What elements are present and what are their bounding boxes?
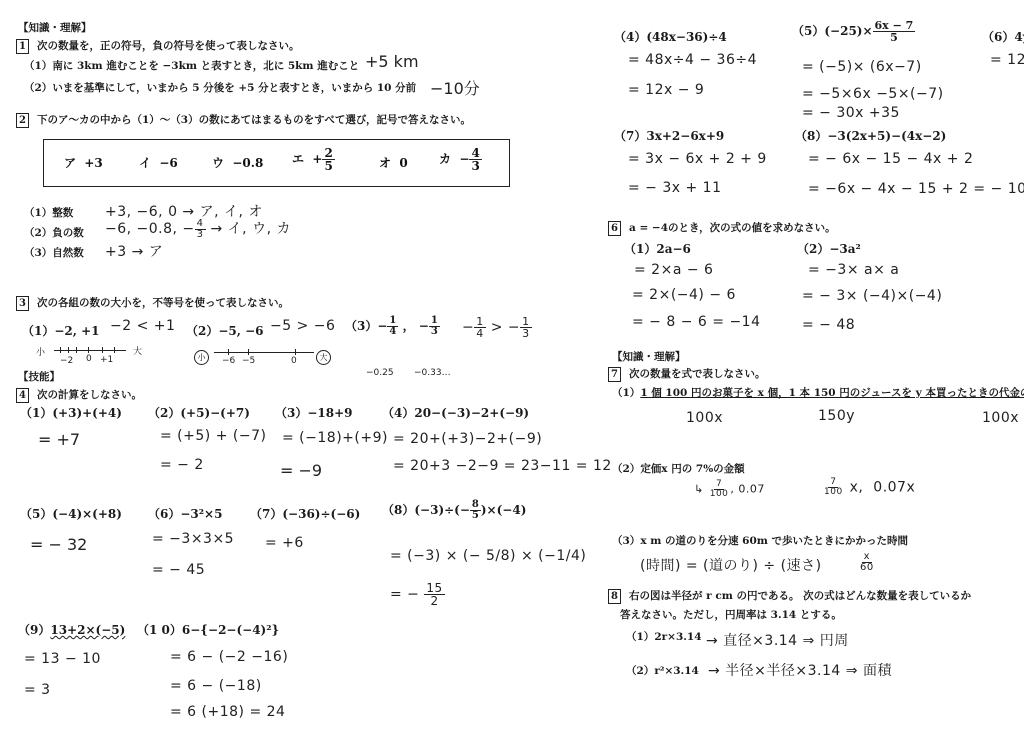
number-line-1 xyxy=(54,350,126,351)
question-number-box: 8 xyxy=(608,589,621,604)
step: = −3× a× a xyxy=(808,262,899,278)
question-2-2-label: （2）負の数 xyxy=(24,225,84,240)
step: = (−5)× (6x−7) xyxy=(802,59,922,75)
step: = − 32 xyxy=(30,535,87,554)
question-2-1-label: （1）整数 xyxy=(24,205,73,220)
decimal-a: −0.25 xyxy=(366,368,394,378)
number-line-small-label: 小 xyxy=(36,345,45,358)
question-7-prompt: 7次の数量を式で表しなさい。 xyxy=(608,366,766,382)
formula: (時間) = (道のり) ÷ (速さ) xyxy=(640,555,822,575)
step: = − 6x − 15 − 4x + 2 xyxy=(808,151,973,167)
step: = 48x÷4 − 36÷4 xyxy=(628,52,757,68)
step: = 3 xyxy=(24,682,51,698)
tick-label: 0 xyxy=(86,354,92,364)
question-4-3: （3）−18+9 xyxy=(275,404,353,421)
question-4-6: （6）−3²×5 xyxy=(148,505,222,522)
question-1-prompt: 1次の数量を，正の符号，負の符号を使って表しなさい。 xyxy=(16,38,300,54)
choice-a: ア +3 xyxy=(64,154,103,171)
question-3-3: （3）−14 ， −13 xyxy=(345,316,440,337)
step: = 2×a − 6 xyxy=(634,262,713,278)
step: = +6 xyxy=(265,535,304,551)
answer-1-2: −10分 xyxy=(430,76,480,99)
choice-e: エ +25 xyxy=(292,147,335,172)
question-1-2: （2）いまを基準にして，いまから 5 分後を +5 分と表すとき，いまから 10… xyxy=(24,80,416,95)
question-number-box: 2 xyxy=(16,113,29,128)
answer-3-2: −5 > −6 xyxy=(270,318,335,334)
question-number-box: 4 xyxy=(16,388,29,403)
step: = 6 − (−2 −16) xyxy=(170,649,288,665)
question-7-2: （2）定価x 円の 7%の金額 xyxy=(612,461,745,476)
step: = −5×6x −5×(−7) xyxy=(802,86,944,102)
prompt-text: a = −4のとき，次の式の値を求めなさい。 xyxy=(629,222,836,234)
prompt-text: 次の数量を，正の符号，負の符号を使って表しなさい。 xyxy=(37,40,300,52)
question-8-prompt-line2: 答えなさい。ただし，円周率は 3.14 とする。 xyxy=(620,607,842,622)
answer-3-3: −14 > −13 xyxy=(462,316,532,339)
step: = 3x − 6x + 2 + 9 xyxy=(628,151,767,167)
question-4-4: （4）20−(−3)−2+(−9) xyxy=(382,404,529,421)
question-7-3: （3）x m の道のりを分速 60m で歩いたときにかかった時間 xyxy=(612,533,908,548)
question-number-box: 6 xyxy=(608,221,621,236)
choices-box: ア +3 イ −6 ウ −0.8 エ +25 オ 0 カ −43 xyxy=(43,139,510,187)
number-line-large-label: 大 xyxy=(133,344,142,357)
section-heading-knowledge: 【知識・理解】 xyxy=(18,20,92,35)
choice-o: オ 0 xyxy=(379,154,408,171)
question-number-box: 1 xyxy=(16,39,29,54)
answer-7-2: 7100 x, 0.07x xyxy=(822,478,915,497)
step: = (+5) + (−7) xyxy=(160,428,266,444)
question-4-2: （2）(+5)−(+7) xyxy=(148,404,250,421)
question-5-5: （5）(−25)×6x − 75 xyxy=(792,20,915,43)
choice-u: ウ −0.8 xyxy=(212,154,263,171)
tick-label: −6 xyxy=(222,356,235,366)
note: 100x xyxy=(686,410,723,426)
step: = (−18)+(+9) xyxy=(282,430,388,446)
question-3-2: （2）−5, −6 xyxy=(186,322,264,339)
note: 100x + xyxy=(982,410,1024,426)
question-6-prompt: 6a = −4のとき，次の式の値を求めなさい。 xyxy=(608,220,836,236)
question-4-prompt: 4次の計算をしなさい。 xyxy=(16,387,142,403)
step: = 6 − (−18) xyxy=(170,678,262,694)
question-5-6: （6）4y xyxy=(982,28,1024,45)
item-label: （1） xyxy=(24,60,52,72)
answer-8-1: → 直径×3.14 ⇒ 円周 xyxy=(706,630,849,650)
step: = − 30x +35 xyxy=(802,105,900,121)
number-line-2 xyxy=(214,352,314,353)
step: = −6x − 4x − 15 + 2 = − 10x − 13 xyxy=(808,181,1024,197)
question-3-1: （1）−2, +1 xyxy=(22,322,100,339)
step: = − 8 − 6 = −14 xyxy=(632,314,760,330)
step: = (−3) × (− 5/8) × (−1/4) xyxy=(390,548,586,564)
item-text: いまを基準にして，いまから 5 分後を +5 分と表すとき，いまから 10 分前 xyxy=(52,82,416,94)
step: = − 45 xyxy=(152,562,205,578)
step: = 12 xyxy=(990,52,1024,68)
question-4-5: （5）(−4)×(+8) xyxy=(20,505,122,522)
question-6-2: （2）−3a² xyxy=(797,240,861,257)
answer-1-1: +5 km xyxy=(365,52,419,71)
answer-7-3: x60 xyxy=(858,552,876,573)
step: = − 152 xyxy=(390,582,445,607)
large-circle-label: 大 xyxy=(316,345,331,365)
item-text: 南に 3km 進むことを −3km と表すとき，北に 5km 進むこと xyxy=(52,60,359,72)
section-heading-knowledge-2: 【知識・理解】 xyxy=(612,349,686,364)
tick-label: −2 xyxy=(60,356,73,366)
question-5-4: （4）(48x−36)÷4 xyxy=(614,28,727,45)
question-5-8: （8）−3(2x+5)−(4x−2) xyxy=(795,127,946,144)
question-4-8: （8）(−3)÷(−85)×(−4) xyxy=(382,500,526,521)
section-heading-skill: 【技能】 xyxy=(18,369,60,384)
step: = 13 − 10 xyxy=(24,651,101,667)
question-1-1: （1）南に 3km 進むことを −3km と表すとき，北に 5km 進むこと xyxy=(24,58,359,73)
step: = 6 (+18) = 24 xyxy=(170,704,285,720)
small-circle-label: 小 xyxy=(194,345,209,365)
question-8-prompt: 8右の図は半径が r cm の円である。 次の式はどんな数量を表しているか xyxy=(608,588,971,604)
answer-3-1: −2 < +1 xyxy=(110,318,175,334)
prompt-text: 右の図は半径が r cm の円である。 次の式はどんな数量を表しているか xyxy=(629,590,971,602)
question-3-prompt: 3次の各組の数の大小を，不等号を使って表しなさい。 xyxy=(16,295,289,311)
question-8-2: （2）r²×3.14 xyxy=(626,663,699,678)
question-8-1: （1）2r×3.14 xyxy=(626,629,702,644)
prompt-text: 次の数量を式で表しなさい。 xyxy=(629,368,766,380)
step: = +7 xyxy=(38,430,80,449)
step: = −9 xyxy=(280,461,322,480)
prompt-text: 次の計算をしなさい。 xyxy=(37,389,142,401)
question-4-10: （1 0）6−{−2−(−4)²} xyxy=(137,621,279,638)
tick-label: +1 xyxy=(100,355,113,365)
step: = −3×3×5 xyxy=(152,531,234,547)
choice-i: イ −6 xyxy=(139,154,178,171)
decimal-b: −0.33… xyxy=(414,368,451,378)
prompt-text: 次の各組の数の大小を，不等号を使って表しなさい。 xyxy=(37,297,289,309)
answer-2-2: −6, −0.8, −43 → イ, ウ, カ xyxy=(105,218,291,240)
answer-8-2: → 半径×半径×3.14 ⇒ 面積 xyxy=(708,660,892,680)
question-4-9: （9）13+2×(−5) xyxy=(18,621,125,638)
question-number-box: 7 xyxy=(608,367,621,382)
question-7-1: （1）1 個 100 円のお菓子を x 個，1 本 150 円のジュースを y … xyxy=(612,385,1024,400)
choice-ka: カ −43 xyxy=(439,147,482,172)
step: = 20+3 −2−9 = 23−11 = 12 xyxy=(393,458,612,474)
tick-label: −5 xyxy=(242,356,255,366)
question-2-3-label: （3）自然数 xyxy=(24,245,84,260)
tick-label: 0 xyxy=(291,356,297,366)
step: = 20+(+3)−2+(−9) xyxy=(393,431,542,447)
question-4-1: （1）(+3)+(+4) xyxy=(20,404,122,421)
step: = 2×(−4) − 6 xyxy=(632,287,736,303)
note: ↳ 7100, 0.07 xyxy=(694,480,765,499)
question-6-1: （1）2a−6 xyxy=(624,240,691,257)
step: = − 2 xyxy=(160,457,204,473)
prompt-text: 下のア〜カの中から（1）〜（3）の数にあてはまるものをすべて選び，記号で答えなさ… xyxy=(37,114,471,126)
step: = − 3x + 11 xyxy=(628,180,722,196)
step: = − 3× (−4)×(−4) xyxy=(802,288,942,304)
answer-2-3: +3 → ア xyxy=(105,241,163,261)
question-4-7: （7）(−36)÷(−6) xyxy=(250,505,360,522)
note: 150y xyxy=(818,408,855,424)
question-2-prompt: 2下のア〜カの中から（1）〜（3）の数にあてはまるものをすべて選び，記号で答えな… xyxy=(16,112,471,128)
question-number-box: 3 xyxy=(16,296,29,311)
step: = − 48 xyxy=(802,317,855,333)
step: = 12x − 9 xyxy=(628,82,704,98)
question-5-7: （7）3x+2−6x+9 xyxy=(614,127,724,144)
item-label: （2） xyxy=(24,82,52,94)
